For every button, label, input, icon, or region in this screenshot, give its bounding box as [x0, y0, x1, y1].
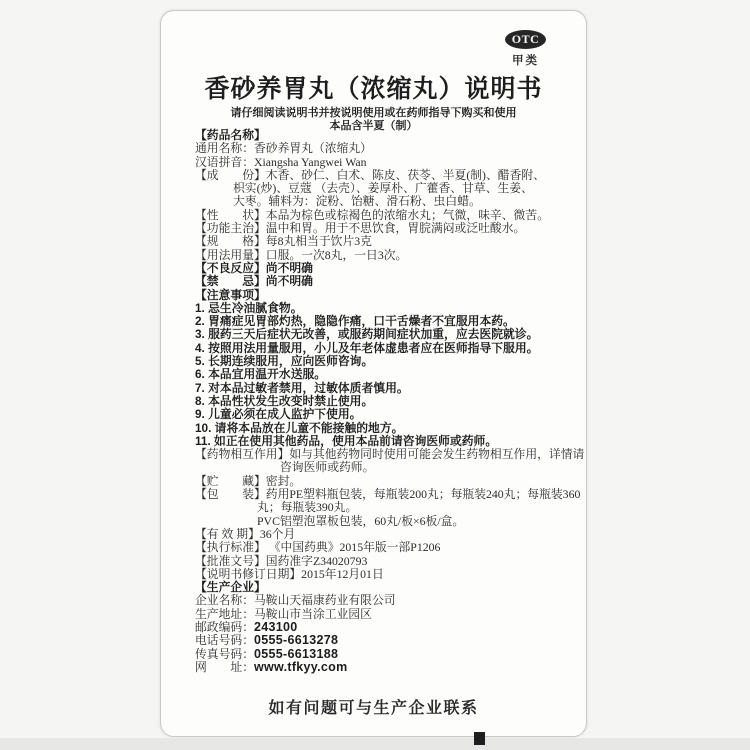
field-executive-standard: 【执行标准】 《中国药典》2015年版一部P1206: [195, 541, 575, 554]
otc-badge-icon: OTC: [505, 30, 546, 49]
field-drug-interactions-line2: 咨询医师或药师。: [195, 461, 575, 474]
field-fax-label: 传真号码：: [195, 647, 254, 661]
scan-artifact-mark: [474, 732, 485, 745]
field-packaging-line2: 丸；每瓶装390丸。: [195, 501, 575, 514]
precaution-item-5: 5. 长期连续服用，应向医师咨询。: [195, 355, 575, 368]
field-precautions-header: 【注意事项】: [195, 289, 575, 302]
precaution-item-6: 6. 本品宜用温开水送服。: [195, 368, 575, 381]
field-website-value: www.tfkyy.com: [254, 660, 348, 674]
page-background: { "badge": { "otc_label": "OTC", "otc_cl…: [0, 0, 750, 750]
field-storage: 【贮 藏】密封。: [195, 475, 575, 488]
field-revision-date: 【说明书修订日期】2015年12月01日: [195, 568, 575, 581]
precaution-item-3: 3. 服药三天后症状无改善，或服药期间症状加重，应去医院就诊。: [195, 328, 575, 341]
field-drug-name-header: 【药品名称】: [195, 129, 575, 142]
field-production-address: 生产地址：马鞍山市当涂工业园区: [195, 608, 575, 621]
precaution-item-4: 4. 按照用法用量服用，小儿及年老体虚患者应在医师指导下服用。: [195, 342, 575, 355]
field-company-name: 企业名称：马鞍山天福康药业有限公司: [195, 594, 575, 607]
field-validity-period: 【有 效 期】36个月: [195, 528, 575, 541]
field-drug-interactions-line1: 【药物相互作用】如与其他药物同时使用可能会发生药物相互作用，详情请: [195, 448, 575, 461]
precaution-item-2: 2. 胃痛症见胃部灼热，隐隐作痛，口干舌燥者不宜服用本药。: [195, 315, 575, 328]
field-phone-label: 电话号码：: [195, 633, 254, 647]
field-ingredients-line3: 大枣。辅料为：淀粉、饴糖、滑石粉、虫白蜡。: [195, 195, 575, 208]
otc-class-label: 甲类: [500, 52, 551, 68]
subtitle-read-instruction: 请仔细阅读说明书并按说明使用或在药师指导下购买和使用: [161, 107, 586, 120]
field-packaging-line1: 【包 装】药用PE塑料瓶包装，每瓶装200丸；每瓶装240丸；每瓶装360: [195, 488, 575, 501]
field-manufacturer-header: 【生产企业】: [195, 581, 575, 594]
field-contraindications: 【禁 忌】尚不明确: [195, 275, 575, 288]
field-phone-value: 0555-6613278: [254, 633, 338, 647]
precaution-item-9: 9. 儿童必须在成人监护下使用。: [195, 408, 575, 421]
leaflet-card: OTC 甲类 香砂养胃丸（浓缩丸）说明书 请仔细阅读说明书并按说明使用或在药师指…: [160, 10, 587, 737]
field-postcode-label: 邮政编码：: [195, 620, 254, 634]
precaution-item-10: 10. 请将本品放在儿童不能接触的地方。: [195, 422, 575, 435]
precaution-item-8: 8. 本品性状发生改变时禁止使用。: [195, 395, 575, 408]
scan-bottom-strip: [0, 738, 750, 750]
precaution-item-7: 7. 对本品过敏者禁用，过敏体质者慎用。: [195, 382, 575, 395]
field-phone: 电话号码：0555-6613278: [195, 634, 575, 647]
field-ingredients-line2: 枳实(炒)、豆蔻 （去壳）、姜厚朴、广藿香、甘草、生姜、: [195, 182, 575, 195]
field-adverse-reactions: 【不良反应】尚不明确: [195, 262, 575, 275]
page-title: 香砂养胃丸（浓缩丸）说明书: [161, 69, 586, 105]
precaution-item-1: 1. 忌生冷油腻食物。: [195, 302, 575, 315]
field-dosage: 【用法用量】口服。一次8丸，一日3次。: [195, 249, 575, 262]
field-generic-name: 通用名称：香砂养胃丸（浓缩丸）: [195, 142, 575, 155]
field-indications: 【功能主治】温中和胃。用于不思饮食，胃脘满闷或泛吐酸水。: [195, 222, 575, 235]
contact-manufacturer-note: 如有问题可与生产企业联系: [161, 695, 586, 718]
field-website-label: 网 址：: [195, 660, 254, 674]
field-packaging-line3: PVC铝塑泡罩板包装，60丸/板×6板/盒。: [195, 515, 575, 528]
precaution-item-11: 11. 如正在使用其他药品，使用本品前请咨询医师或药师。: [195, 435, 575, 448]
field-postcode-value: 243100: [254, 620, 298, 634]
field-approval-number: 【批准文号】国药准字Z34020793: [195, 555, 575, 568]
field-description: 【性 状】本品为棕色或棕褐色的浓缩水丸；气微，味辛、微苦。: [195, 209, 575, 222]
field-postcode: 邮政编码：243100: [195, 621, 575, 634]
leaflet-body: 【药品名称】 通用名称：香砂养胃丸（浓缩丸） 汉语拼音：Xiangsha Yan…: [195, 129, 575, 674]
field-pinyin: 汉语拼音：Xiangsha Yangwei Wan: [195, 156, 575, 169]
field-fax-value: 0555-6613188: [254, 647, 338, 661]
field-fax: 传真号码：0555-6613188: [195, 648, 575, 661]
field-website: 网 址：www.tfkyy.com: [195, 661, 575, 674]
field-ingredients-line1: 【成 份】木香、砂仁、白术、陈皮、茯苓、半夏(制)、醋香附、: [195, 169, 575, 182]
field-specification: 【规 格】每8丸相当于饮片3克: [195, 235, 575, 248]
